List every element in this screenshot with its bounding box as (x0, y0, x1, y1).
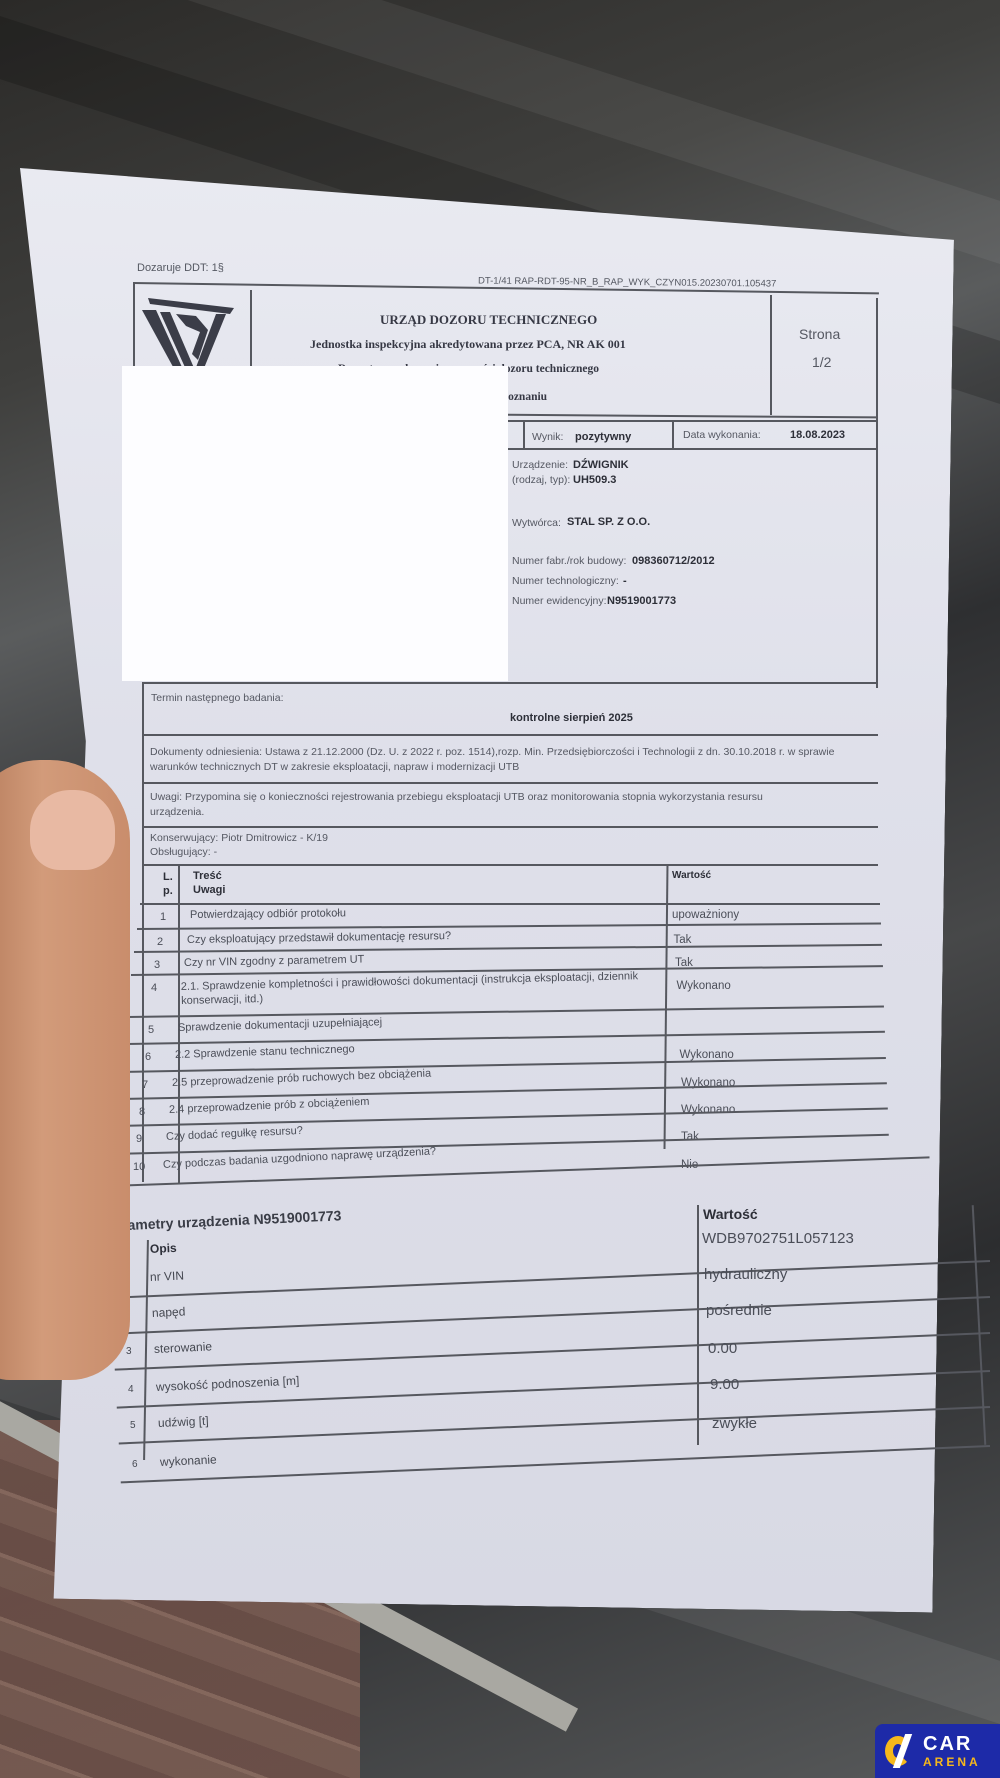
col-value: Wartość (672, 870, 711, 881)
authority-name: URZĄD DOZORU TECHNICZNEGO (380, 312, 597, 328)
params-row-desc: wykonanie (160, 1452, 217, 1469)
row-number: 3 (154, 959, 160, 971)
row-text: 2.2 Sprawdzenie stanu technicznego (175, 1043, 355, 1061)
row-text: 2.1. Sprawdzenie kompletności i prawidło… (181, 969, 652, 1008)
params-title: Parametry urządzenia N9519001773 (105, 1207, 342, 1234)
col-lp: L. p. (163, 870, 173, 898)
row-text: Potwierdzający odbiór protokołu (190, 907, 346, 921)
accreditation: Jednostka inspekcyjna akredytowana przez… (310, 337, 626, 352)
params-row-value: 0.00 (708, 1340, 737, 1357)
row-number: 8 (139, 1106, 145, 1118)
type-label: (rodzaj, typ): (512, 474, 570, 486)
page-label: Strona (799, 326, 840, 342)
row-value: Tak (674, 934, 692, 946)
params-row-value: pośrednie (706, 1302, 772, 1319)
params-row-desc: nr VIN (150, 1268, 185, 1284)
device-value: DŹWIGNIK (573, 459, 629, 471)
page-number: 1/2 (812, 354, 831, 370)
doc-label: Dozaruje DDT: 1§ (137, 262, 224, 274)
params-row-number: 4 (128, 1384, 134, 1395)
row-value: Wykonano (681, 1104, 735, 1116)
remarks: Uwagi: Przypomina się o konieczności rej… (150, 790, 810, 820)
car-arena-watermark: CAR ARENA (875, 1724, 1000, 1778)
date-label: Data wykonania: (683, 429, 761, 441)
col-content: Treść (193, 870, 222, 882)
row-text: Sprawdzenie dokumentacji uzupełniającej (178, 1016, 383, 1034)
row-number: 6 (145, 1051, 151, 1063)
params-row-desc: udźwig [t] (158, 1414, 209, 1430)
date-value: 18.08.2023 (790, 429, 845, 441)
result-label: Wynik: (532, 431, 563, 443)
serial-value: 098360712/2012 (632, 555, 715, 567)
row-text: 2.4 przeprowadzenie prób z obciążeniem (169, 1096, 370, 1116)
params-row-desc: napęd (152, 1304, 186, 1319)
row-number: 5 (148, 1024, 154, 1036)
tech-number-label: Numer technologiczny: (512, 575, 619, 587)
next-exam-value: kontrolne sierpień 2025 (510, 712, 633, 724)
type-value: UH509.3 (573, 474, 616, 486)
serial-label: Numer fabr./rok budowy: (512, 555, 626, 567)
row-number: 10 (133, 1161, 145, 1173)
params-row-number: 5 (130, 1420, 136, 1431)
watermark-line2: ARENA (923, 1756, 981, 1768)
params-row-number: 6 (132, 1459, 138, 1470)
params-row-value: WDB9702751L057123 (702, 1230, 854, 1247)
params-row-value: zwykłe (712, 1415, 757, 1432)
thumb-nail (30, 790, 115, 870)
row-text: Czy dodać regułkę resursu? (166, 1125, 303, 1143)
row-text: Czy eksploatujący przedstawił dokumentac… (187, 930, 451, 946)
next-exam-label: Termin następnego badania: (151, 692, 284, 704)
col-remarks: Uwagi (193, 884, 225, 896)
params-row-value: hydrauliczny (704, 1266, 787, 1283)
tech-number-value: - (623, 575, 627, 587)
registration-value: N9519001773 (607, 595, 676, 607)
reference-documents: Dokumenty odniesienia: Ustawa z 21.12.20… (150, 745, 874, 775)
row-value: upoważniony (672, 909, 739, 921)
row-text: Czy nr VIN zgodny z parametrem UT (184, 954, 365, 969)
row-number: 1 (160, 911, 166, 923)
result-value: pozytywny (575, 431, 631, 443)
maker-value: STAL SP. Z O.O. (567, 516, 650, 528)
redacted-area (122, 366, 508, 681)
maintainer: Konserwujący: Piotr Dmitrowicz - K/19 (150, 832, 328, 844)
params-row-number: 3 (126, 1346, 132, 1357)
row-value: Tak (681, 1131, 699, 1143)
params-col-value: Wartość (703, 1206, 758, 1222)
params-row-desc: sterowanie (154, 1339, 213, 1356)
inspection-report: Dozaruje DDT: 1§ DT-1/41 RAP-RDT-95-NR_B… (0, 0, 1000, 1778)
device-label: Urządzenie: (512, 459, 568, 471)
params-col-desc: Opis (150, 1241, 177, 1256)
row-number: 9 (136, 1133, 142, 1145)
registration-label: Numer ewidencyjny: (512, 595, 607, 607)
operator: Obsługujący: - (150, 846, 217, 858)
params-row-value: 9.00 (710, 1376, 739, 1393)
row-number: 4 (151, 982, 157, 994)
watermark-line1: CAR (923, 1734, 981, 1754)
params-row-desc: wysokość podnoszenia [m] (156, 1374, 300, 1394)
row-value: Wykonano (677, 980, 731, 992)
car-arena-logo-icon (885, 1734, 915, 1768)
maker-label: Wytwórca: (512, 517, 561, 529)
row-number: 7 (142, 1079, 148, 1091)
row-number: 2 (157, 936, 163, 948)
